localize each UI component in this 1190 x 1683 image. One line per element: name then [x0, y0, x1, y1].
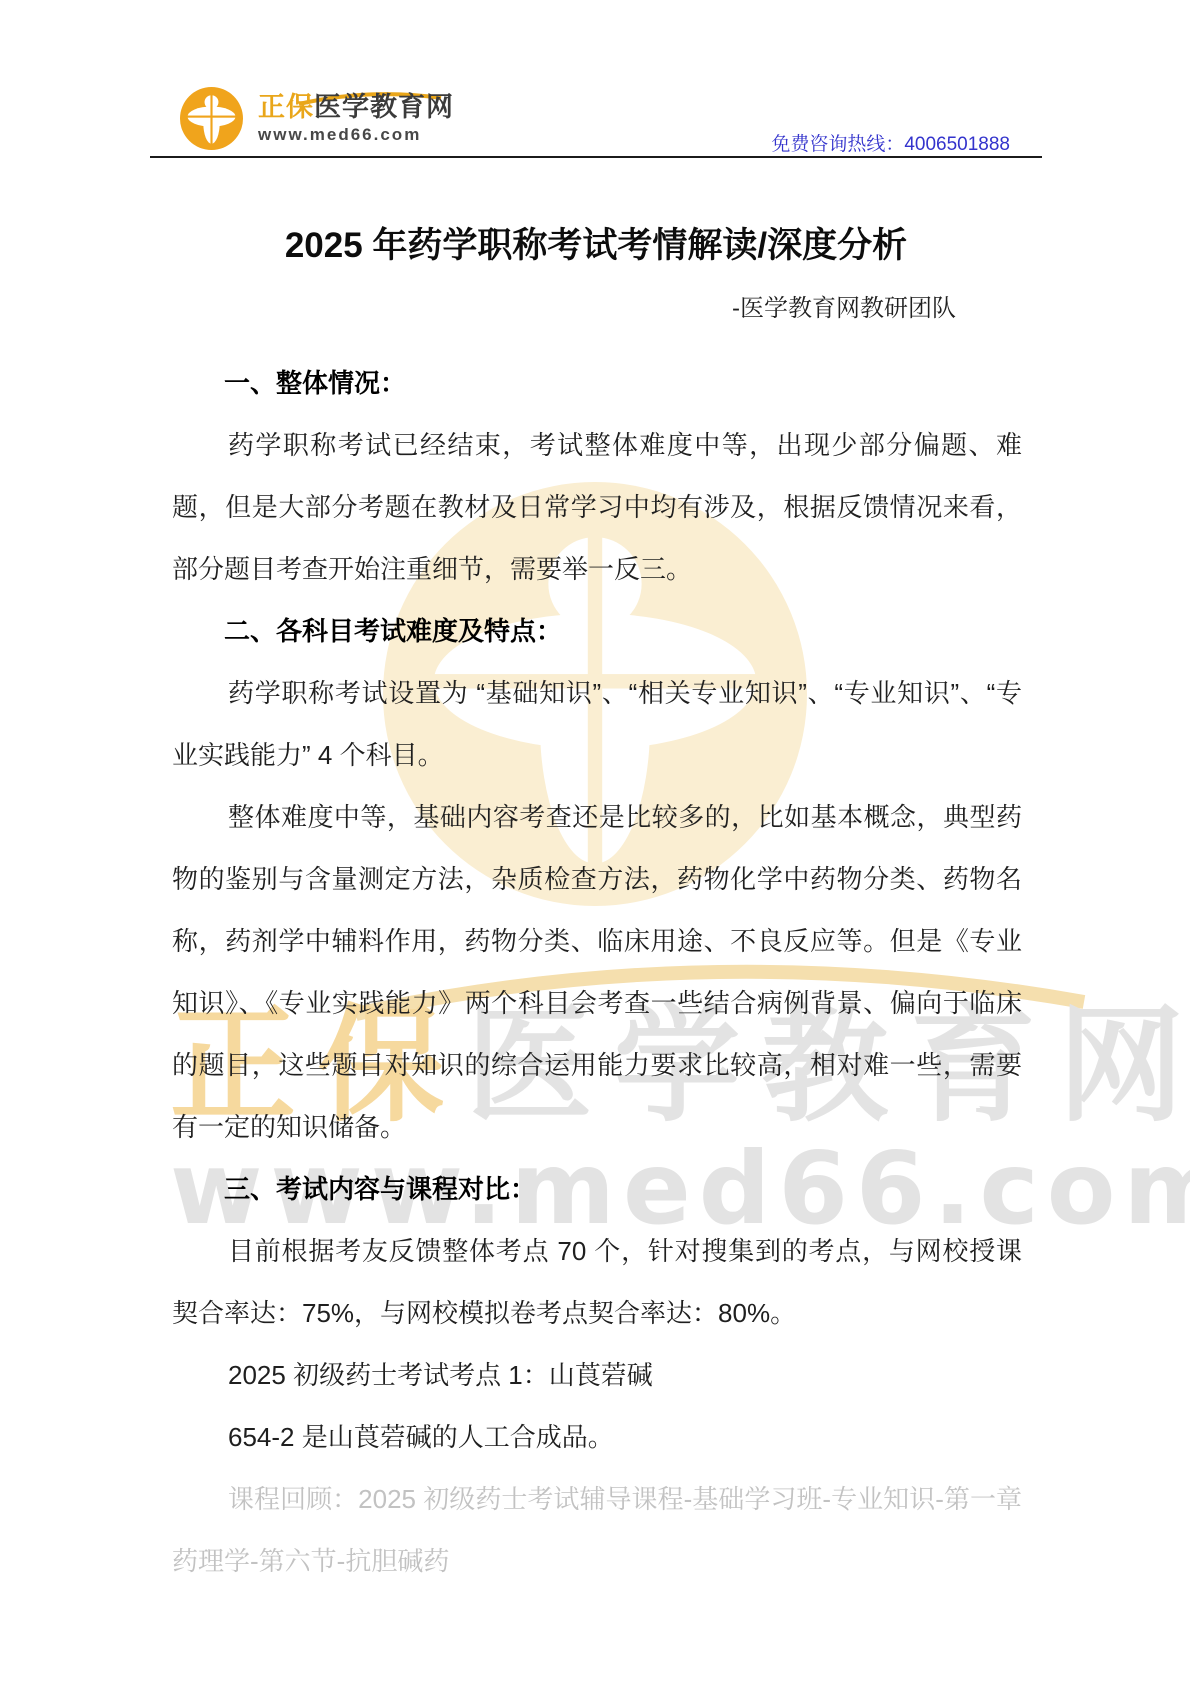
document-content: 2025 年药学职称考试考情解读/深度分析 -医学教育网教研团队 一、整体情况：… — [0, 0, 1190, 1683]
section-heading-2: 二、各科目考试难度及特点： — [172, 600, 1022, 662]
course-review-note: 课程回顾：2025 初级药士考试辅导课程-基础学习班-专业知识-第一章药理学-第… — [172, 1468, 1022, 1592]
byline: -医学教育网教研团队 — [170, 292, 956, 326]
section-heading-1: 一、整体情况： — [172, 352, 1022, 414]
paragraph: 2025 初级药士考试考点 1：山莨菪碱 — [172, 1344, 1022, 1406]
body-text: 一、整体情况： 药学职称考试已经结束，考试整体难度中等，出现少部分偏题、难题，但… — [172, 352, 1022, 1592]
paragraph: 整体难度中等，基础内容考查还是比较多的，比如基本概念，典型药物的鉴别与含量测定方… — [172, 786, 1022, 1158]
document-page: 正保医学教育网 www.med66.com 正保医学教育网 www.med66.… — [0, 0, 1190, 1683]
paragraph: 药学职称考试设置为 “基础知识”、“相关专业知识”、“专业知识”、“专业实践能力… — [172, 662, 1022, 786]
paragraph: 654-2 是山莨菪碱的人工合成品。 — [172, 1406, 1022, 1468]
paragraph: 药学职称考试已经结束，考试整体难度中等，出现少部分偏题、难题，但是大部分考题在教… — [172, 414, 1022, 600]
paragraph: 目前根据考友反馈整体考点 70 个，针对搜集到的考点，与网校授课契合率达：75%… — [172, 1220, 1022, 1344]
page-title: 2025 年药学职称考试考情解读/深度分析 — [170, 222, 1022, 270]
section-heading-3: 三、考试内容与课程对比： — [172, 1158, 1022, 1220]
